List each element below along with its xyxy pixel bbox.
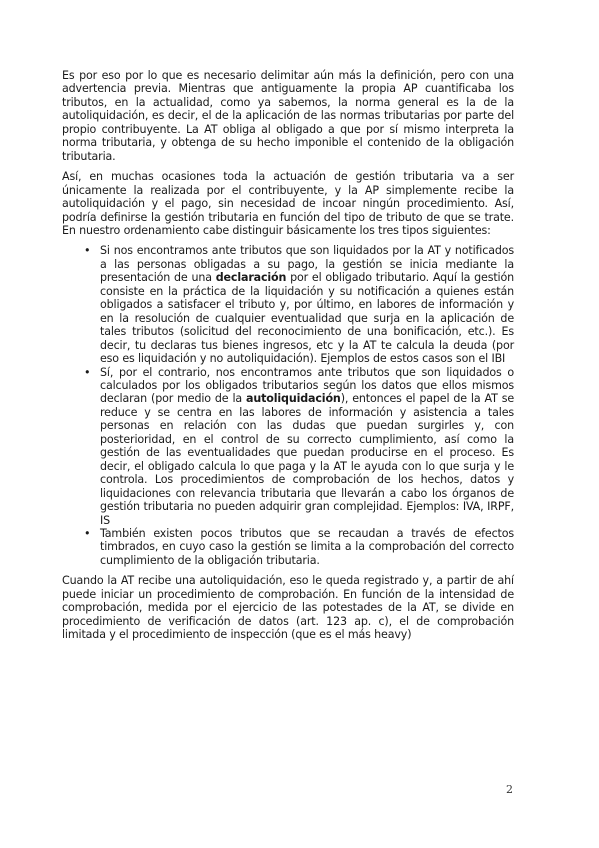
paragraph-1: Es por eso por lo que es necesario delim…: [62, 69, 514, 163]
list-item: Si nos encontramos ante tributos que son…: [100, 244, 514, 365]
paragraph-2: Así, en muchas ocasiones toda la actuaci…: [62, 170, 514, 237]
document-page: Es por eso por lo que es necesario delim…: [62, 69, 514, 649]
list-item: También existen pocos tributos que se re…: [100, 527, 514, 567]
bullet-list: Si nos encontramos ante tributos que son…: [62, 244, 514, 567]
page-number: 2: [506, 783, 513, 796]
bold-term-autoliquidacion: autoliquidación: [246, 392, 341, 405]
list-item: Sí, por el contrario, nos encontramos an…: [100, 366, 514, 527]
paragraph-closing: Cuando la AT recibe una autoliquidación,…: [62, 574, 514, 641]
bold-term-declaracion: declaración: [216, 271, 287, 284]
